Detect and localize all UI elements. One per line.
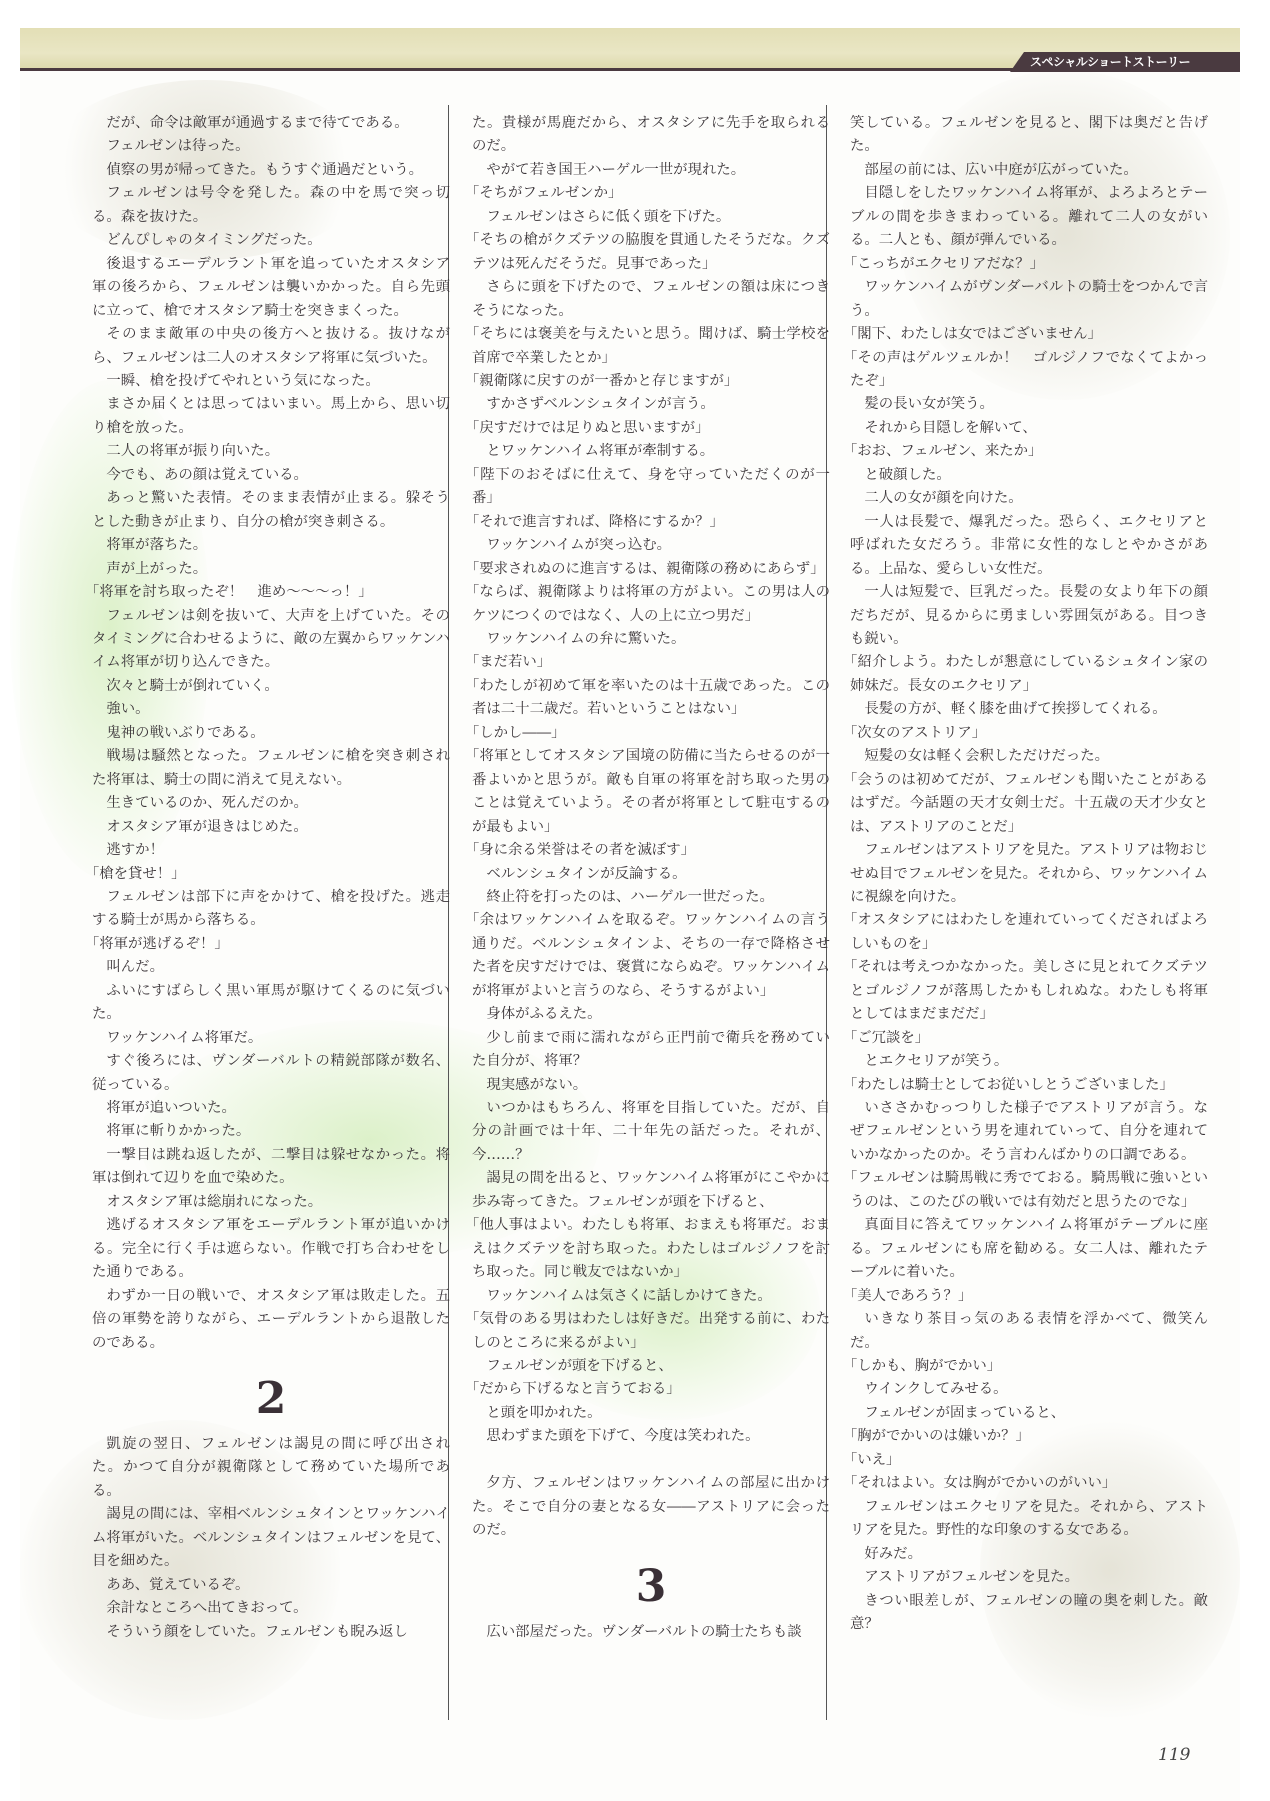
dialogue-line: 「しかし――」 (472, 722, 830, 745)
dialogue-line: 「気骨のある男はわたしは好きだ。出発する前に、わたしのところに来るがよい」 (472, 1308, 830, 1355)
dialogue-line: 「身に余る栄誉はその者を滅ぼす」 (472, 839, 830, 862)
dialogue-line: 「そちがフェルゼンか」 (472, 182, 830, 205)
paragraph: 二人の将軍が振り向いた。 (92, 440, 450, 463)
section-number: 3 (472, 1557, 830, 1617)
dialogue-line: 「胸がでかいのは嫌いか？」 (850, 1425, 1208, 1448)
paragraph: フェルゼンが固まっていると、 (850, 1402, 1208, 1425)
dialogue-line: 「しかも、胸がでかい」 (850, 1355, 1208, 1378)
paragraph: ワッケンハイム将軍だ。 (92, 1027, 450, 1050)
paragraph: 逃すか！ (92, 839, 450, 862)
paragraph: それから目隠しを解いて、 (850, 417, 1208, 440)
paragraph: やがて若き国王ハーゲル一世が現れた。 (472, 159, 830, 182)
text-column-1: だが、命令は敵軍が通過するまで待てである。フェルゼンは待った。偵察の男が帰ってき… (92, 112, 450, 1644)
dialogue-line: 「陛下のおそばに仕えて、身を守っていただくのが一番」 (472, 464, 830, 511)
paragraph: きつい眼差しが、フェルゼンの瞳の奥を刺した。敵意？ (850, 1590, 1208, 1637)
paragraph: どんぴしゃのタイミングだった。 (92, 229, 450, 252)
paragraph: わずか一日の戦いで、オスタシア軍は敗走した。五倍の軍勢を誇りながら、エーデルラン… (92, 1285, 450, 1355)
paragraph: 少し前まで雨に濡れながら正門前で衛兵を務めていた自分が、将軍？ (472, 1027, 830, 1074)
paragraph: フェルゼンはアストリアを見た。アストリアは物おじせぬ目でフェルゼンを見た。それか… (850, 839, 1208, 909)
dialogue-line: 「そちの槍がクズテツの脇腹を貫通したそうだな。クズテツは死んだそうだ。見事であっ… (472, 229, 830, 276)
paragraph: とワッケンハイム将軍が牽制する。 (472, 440, 830, 463)
dialogue-line: 「会うのは初めてだが、フェルゼンも聞いたことがあるはずだ。今話題の天才女剣士だ。… (850, 769, 1208, 839)
dialogue-line: 「次女のアストリア」 (850, 722, 1208, 745)
paragraph: フェルゼンは部下に声をかけて、槍を投げた。逃走する騎士が馬から落ちる。 (92, 886, 450, 933)
dialogue-line: 「余はワッケンハイムを取るぞ。ワッケンハイムの言う通りだ。ベルンシュタインよ、そ… (472, 909, 830, 1003)
paragraph: ああ、覚えているぞ。 (92, 1574, 450, 1597)
section-label: スペシャルショートストーリー (1030, 52, 1230, 72)
paragraph: そのまま敵軍の中央の後方へと抜ける。抜けながら、フェルゼンは二人のオスタシア将軍… (92, 323, 450, 370)
paragraph: 二人の女が顔を向けた。 (850, 487, 1208, 510)
paragraph: フェルゼンはエクセリアを見た。それから、アストリアを見た。野性的な印象のする女で… (850, 1496, 1208, 1543)
paragraph: 一瞬、槍を投げてやれという気になった。 (92, 370, 450, 393)
text-column-3: 笑している。フェルゼンを見ると、閣下は奥だと告げた。部屋の前には、広い中庭が広が… (850, 112, 1208, 1636)
paragraph: ワッケンハイムの弁に驚いた。 (472, 628, 830, 651)
paragraph: 目隠しをしたワッケンハイム将軍が、よろよろとテーブルの間を歩きまわっている。離れ… (850, 182, 1208, 252)
paragraph: いきなり茶目っ気のある表情を浮かべて、微笑んだ。 (850, 1308, 1208, 1355)
paragraph: 広い部屋だった。ヴンダーバルトの騎士たちも談 (472, 1621, 830, 1644)
paragraph: フェルゼンは待った。 (92, 135, 450, 158)
paragraph: 長髪の方が、軽く膝を曲げて挨拶してくれる。 (850, 698, 1208, 721)
paragraph: 真面目に答えてワッケンハイム将軍がテーブルに座る。フェルゼンにも席を勧める。女二… (850, 1214, 1208, 1284)
paragraph: 一人は短髪で、巨乳だった。長髪の女より年下の顔だちだが、見るからに勇ましい雰囲気… (850, 581, 1208, 651)
dialogue-line: 「紹介しよう。わたしが懇意にしているシュタイン家の姉妹だ。長女のエクセリア」 (850, 651, 1208, 698)
paragraph: そういう顔をしていた。フェルゼンも睨み返し (92, 1621, 450, 1644)
page-number: 119 (1158, 1745, 1190, 1765)
paragraph: フェルゼンはさらに低く頭を下げた。 (472, 206, 830, 229)
dialogue-line: 「ならば、親衛隊よりは将軍の方がよい。この男は人のケツにつくのではなく、人の上に… (472, 581, 830, 628)
paragraph: 将軍に斬りかかった。 (92, 1120, 450, 1143)
paragraph: アストリアがフェルゼンを見た。 (850, 1566, 1208, 1589)
paragraph: ベルンシュタインが反論する。 (472, 863, 830, 886)
dialogue-line: 「いえ」 (850, 1449, 1208, 1472)
dialogue-line: 「将軍を討ち取ったぞ！ 進め～～～っ！」 (92, 581, 450, 604)
dialogue-line: 「親衛隊に戻すのが一番かと存じますが」 (472, 370, 830, 393)
paragraph: 謁見の間には、宰相ベルンシュタインとワッケンハイム将軍がいた。ベルンシュタインは… (92, 1503, 450, 1573)
dialogue-line: 「そちには褒美を与えたいと思う。聞けば、騎士学校を首席で卒業したとか」 (472, 323, 830, 370)
paragraph: 短髪の女は軽く会釈しただけだった。 (850, 745, 1208, 768)
paragraph: フェルゼンは号令を発した。森の中を馬で突っ切る。森を抜けた。 (92, 182, 450, 229)
dialogue-line: 「フェルゼンは騎馬戦に秀でておる。騎馬戦に強いというのは、このたびの戦いでは有効… (850, 1167, 1208, 1214)
dialogue-line: 「その声はゲルツェルか！ ゴルジノフでなくてよかったぞ」 (850, 347, 1208, 394)
paragraph: いささかむっつりした様子でアストリアが言う。なぜフェルゼンという男を連れていって… (850, 1097, 1208, 1167)
paragraph: 謁見の間を出ると、ワッケンハイム将軍がにこやかに歩み寄ってきた。フェルゼンが頭を… (472, 1167, 830, 1214)
dialogue-line: 「要求されぬのに進言するは、親衛隊の務めにあらず」 (472, 558, 830, 581)
dialogue-line: 「だから下げるなと言うておる」 (472, 1378, 830, 1401)
paragraph: 一人は長髪で、爆乳だった。恐らく、エクセリアと呼ばれた女だろう。非常に女性的なし… (850, 511, 1208, 581)
dialogue-line: 「槍を貸せ！」 (92, 863, 450, 886)
paragraph: ワッケンハイムがヴンダーバルトの騎士をつかんで言う。 (850, 276, 1208, 323)
continued-paragraph: 笑している。フェルゼンを見ると、閣下は奥だと告げた。 (850, 112, 1208, 159)
paragraph: 終止符を打ったのは、ハーゲル一世だった。 (472, 886, 830, 909)
paragraph: 後退するエーデルラント軍を追っていたオスタシア軍の後ろから、フェルゼンは襲いかか… (92, 253, 450, 323)
paragraph: 叫んだ。 (92, 956, 450, 979)
paragraph: 好みだ。 (850, 1543, 1208, 1566)
paragraph: 夕方、フェルゼンはワッケンハイムの部屋に出かけた。そこで自分の妻となる女――アス… (472, 1472, 830, 1542)
paragraph: 将軍が追いついた。 (92, 1097, 450, 1120)
paragraph: ワッケンハイムは気さくに話しかけてきた。 (472, 1285, 830, 1308)
dialogue-line: 「おお、フェルゼン、来たか」 (850, 440, 1208, 463)
paragraph: オスタシア軍が退きはじめた。 (92, 816, 450, 839)
dialogue-line: 「オスタシアにはわたしを連れていってくださればよろしいものを」 (850, 909, 1208, 956)
paragraph: 現実感がない。 (472, 1074, 830, 1097)
paragraph: すかさずベルンシュタインが言う。 (472, 393, 830, 416)
paragraph: いつかはもちろん、将軍を目指していた。だが、自分の計画では十年、二十年先の話だっ… (472, 1097, 830, 1167)
paragraph: ウインクしてみせる。 (850, 1378, 1208, 1401)
paragraph: 生きているのか、死んだのか。 (92, 792, 450, 815)
paragraph: 余計なところへ出てきおって。 (92, 1597, 450, 1620)
dialogue-line: 「他人事はよい。わたしも将軍、おまえも将軍だ。おまえはクズテツを討ち取った。わた… (472, 1214, 830, 1284)
paragraph: 身体がふるえた。 (472, 1003, 830, 1026)
paragraph: 戦場は騒然となった。フェルゼンに槍を突き刺された将軍は、騎士の間に消えて見えない… (92, 745, 450, 792)
paragraph: フェルゼンは剣を抜いて、大声を上げていた。そのタイミングに合わせるように、敵の左… (92, 605, 450, 675)
dialogue-line: 「ご冗談を」 (850, 1027, 1208, 1050)
dialogue-line: 「将軍が逃げるぞ！」 (92, 933, 450, 956)
dialogue-line: 「それはよい。女は胸がでかいのがいい」 (850, 1472, 1208, 1495)
paragraph: 偵察の男が帰ってきた。もうすぐ通過だという。 (92, 159, 450, 182)
paragraph: 次々と騎士が倒れていく。 (92, 675, 450, 698)
paragraph: 鬼神の戦いぶりである。 (92, 722, 450, 745)
dialogue-line: 「わたしは騎士としてお従いしとうございました」 (850, 1074, 1208, 1097)
paragraph: と頭を叩かれた。 (472, 1402, 830, 1425)
paragraph: あっと驚いた表情。そのまま表情が止まる。躱そうとした動きが止まり、自分の槍が突き… (92, 487, 450, 534)
paragraph: とエクセリアが笑う。 (850, 1050, 1208, 1073)
paragraph: 部屋の前には、広い中庭が広がっていた。 (850, 159, 1208, 182)
dialogue-line: 「戻すだけでは足りぬと思いますが」 (472, 417, 830, 440)
paragraph: すぐ後ろには、ヴンダーバルトの精鋭部隊が数名、従っている。 (92, 1050, 450, 1097)
paragraph: 将軍が落ちた。 (92, 534, 450, 557)
dialogue-line: 「わたしが初めて軍を率いたのは十五歳であった。この者は二十二歳だ。若いということ… (472, 675, 830, 722)
dialogue-line: 「まだ若い」 (472, 651, 830, 674)
paragraph: 今でも、あの顔は覚えている。 (92, 464, 450, 487)
paragraph: 凱旋の翌日、フェルゼンは謁見の間に呼び出された。かつて自分が親衛隊として務めてい… (92, 1433, 450, 1503)
continued-paragraph: た。貴様が馬鹿だから、オスタシアに先手を取られるのだ。 (472, 112, 830, 159)
paragraph: オスタシア軍は総崩れになった。 (92, 1191, 450, 1214)
dialogue-line: 「こっちがエクセリアだな？」 (850, 253, 1208, 276)
paragraph: 声が上がった。 (92, 558, 450, 581)
paragraph: 髪の長い女が笑う。 (850, 393, 1208, 416)
paragraph: だが、命令は敵軍が通過するまで待てである。 (92, 112, 450, 135)
paragraph: 強い。 (92, 698, 450, 721)
paragraph: 逃げるオスタシア軍をエーデルラント軍が追いかける。完全に行く手は遮らない。作戦で… (92, 1214, 450, 1284)
text-column-2: た。貴様が馬鹿だから、オスタシアに先手を取られるのだ。やがて若き国王ハーゲル一世… (472, 112, 830, 1644)
paragraph: さらに頭を下げたので、フェルゼンの額は床につきそうになった。 (472, 276, 830, 323)
paragraph: まさか届くとは思ってはいまい。馬上から、思い切り槍を放った。 (92, 393, 450, 440)
paragraph: と破顔した。 (850, 464, 1208, 487)
paragraph: 思わずまた頭を下げて、今度は笑われた。 (472, 1425, 830, 1448)
section-number: 2 (92, 1369, 450, 1429)
dialogue-line: 「美人であろう？」 (850, 1285, 1208, 1308)
paragraph: フェルゼンが頭を下げると、 (472, 1355, 830, 1378)
paragraph-break (472, 1449, 830, 1472)
paragraph: ワッケンハイムが突っ込む。 (472, 534, 830, 557)
dialogue-line: 「将軍としてオスタシア国境の防備に当たらせるのが一番よいかと思うが。敵も自軍の将… (472, 745, 830, 839)
dialogue-line: 「それは考えつかなかった。美しさに見とれてクズテツとゴルジノフが落馬したかもしれ… (850, 956, 1208, 1026)
paragraph: ふいにすばらしく黒い軍馬が駆けてくるのに気づいた。 (92, 980, 450, 1027)
paragraph: 一撃目は跳ね返したが、二撃目は躱せなかった。将軍は倒れて辺りを血で染めた。 (92, 1144, 450, 1191)
dialogue-line: 「それで進言すれば、降格にするか？」 (472, 511, 830, 534)
dialogue-line: 「閣下、わたしは女ではございません」 (850, 323, 1208, 346)
